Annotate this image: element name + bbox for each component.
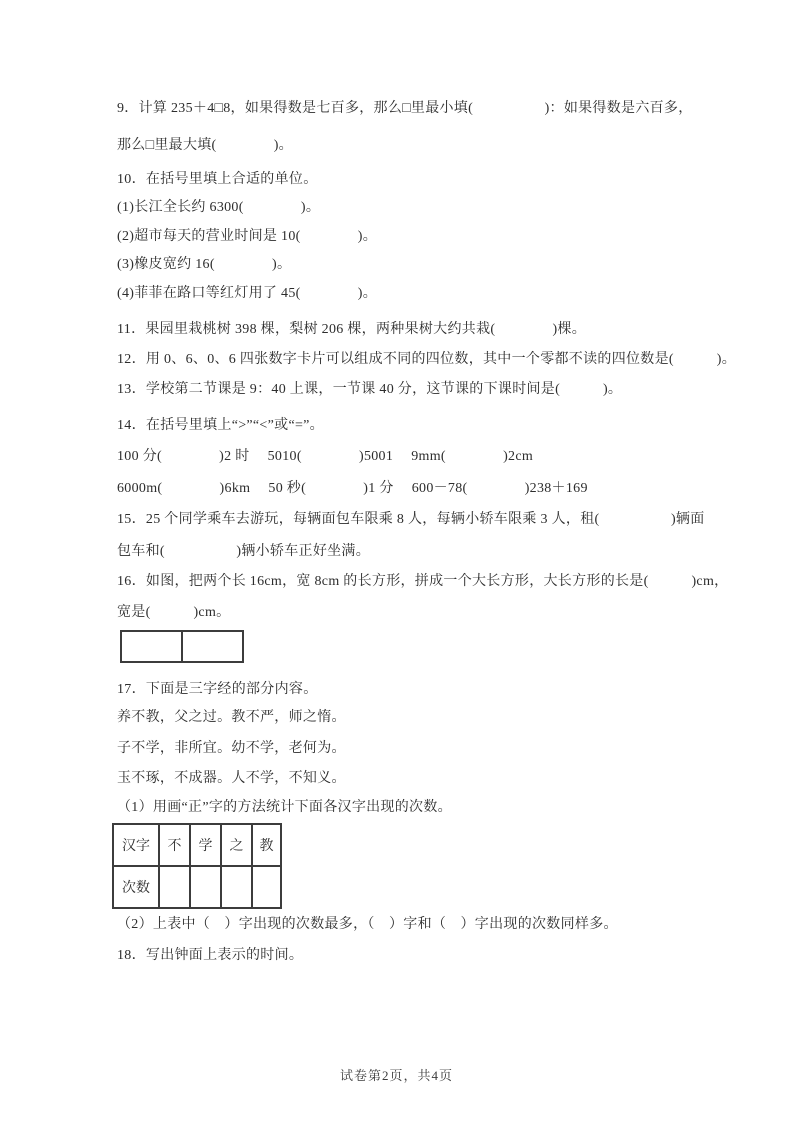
question-13-text: 13．学校第二节课是 9：40 上课，一节课 40 分，这节课的下课时间是( )… xyxy=(117,380,622,400)
question-10-item-2: (2)超市每天的营业时间是 10( )。 xyxy=(117,227,377,247)
table-cell-char: 学 xyxy=(190,824,221,866)
question-16-line-1: 16．如图，把两个长 16cm，宽 8cm 的长方形，拼成一个大长方形，大长方形… xyxy=(117,572,728,592)
table-cell-char: 教 xyxy=(252,824,281,866)
question-9-line-1: 9．计算 235＋4□8，如果得数是七百多，那么□里最小填( )：如果得数是六百… xyxy=(117,99,693,119)
question-17-title: 17．下面是三字经的部分内容。 xyxy=(117,680,318,700)
table-cell-count-label: 次数 xyxy=(113,866,159,908)
question-10-item-3: (3)橡皮宽约 16( )。 xyxy=(117,255,291,275)
question-16-line-2: 宽是( )cm。 xyxy=(117,603,230,623)
table-cell-blank xyxy=(159,866,190,908)
question-15-line-2: 包车和( )辆小轿车正好坐满。 xyxy=(117,542,370,562)
question-14-title: 14．在括号里填上“>”“<”或“=”。 xyxy=(117,416,324,436)
poem-line-2: 子不学，非所宜。幼不学，老何为。 xyxy=(117,739,346,759)
joined-rectangles-figure xyxy=(120,630,244,663)
question-11-text: 11．果园里栽桃树 398 棵，梨树 206 棵，两种果树大约共栽( )棵。 xyxy=(117,320,586,340)
rectangle-cell xyxy=(181,630,244,663)
question-9-line-2: 那么□里最大填( )。 xyxy=(117,136,293,156)
question-10-title: 10．在括号里填上合适的单位。 xyxy=(117,170,318,190)
exam-paper-page-2: 9．计算 235＋4□8，如果得数是七百多，那么□里最小填( )：如果得数是六百… xyxy=(0,0,793,1122)
question-15-line-1: 15．25 个同学乘车去游玩，每辆面包车限乘 8 人，每辆小轿车限乘 3 人，租… xyxy=(117,510,705,530)
question-18-title: 18．写出钟面上表示的时间。 xyxy=(117,946,303,966)
table-row-counts: 次数 xyxy=(113,866,281,908)
table-cell-hanzi-label: 汉字 xyxy=(113,824,159,866)
table-row-characters: 汉字 不 学 之 教 xyxy=(113,824,281,866)
question-10-item-1: (1)长江全长约 6300( )。 xyxy=(117,198,320,218)
question-12-text: 12．用 0、6、0、6 四张数字卡片可以组成不同的四位数，其中一个零都不读的四… xyxy=(117,350,736,370)
table-cell-blank xyxy=(252,866,281,908)
question-14-row-1: 100 分( )2 时 5010( )5001 9mm( )2cm xyxy=(117,447,533,467)
table-cell-char: 不 xyxy=(159,824,190,866)
poem-line-1: 养不教，父之过。教不严，师之惰。 xyxy=(117,708,346,728)
table-cell-blank xyxy=(190,866,221,908)
page-footer: 试卷第2页，共4页 xyxy=(0,1065,793,1084)
rectangle-cell xyxy=(120,630,183,663)
table-cell-char: 之 xyxy=(221,824,252,866)
question-17-sub-2: （2）上表中（ ）字出现的次数最多，（ ）字和（ ）字出现的次数同样多。 xyxy=(117,915,618,935)
question-17-sub-1: （1）用画“正”字的方法统计下面各汉字出现的次数。 xyxy=(117,798,452,818)
poem-line-3: 玉不琢，不成器。人不学，不知义。 xyxy=(117,769,346,789)
tally-statistics-table: 汉字 不 学 之 教 次数 xyxy=(112,823,282,909)
table-cell-blank xyxy=(221,866,252,908)
question-10-item-4: (4)菲菲在路口等红灯用了 45( )。 xyxy=(117,284,377,304)
question-14-row-2: 6000m( )6km 50 秒( )1 分 600－78( )238＋169 xyxy=(117,479,588,499)
